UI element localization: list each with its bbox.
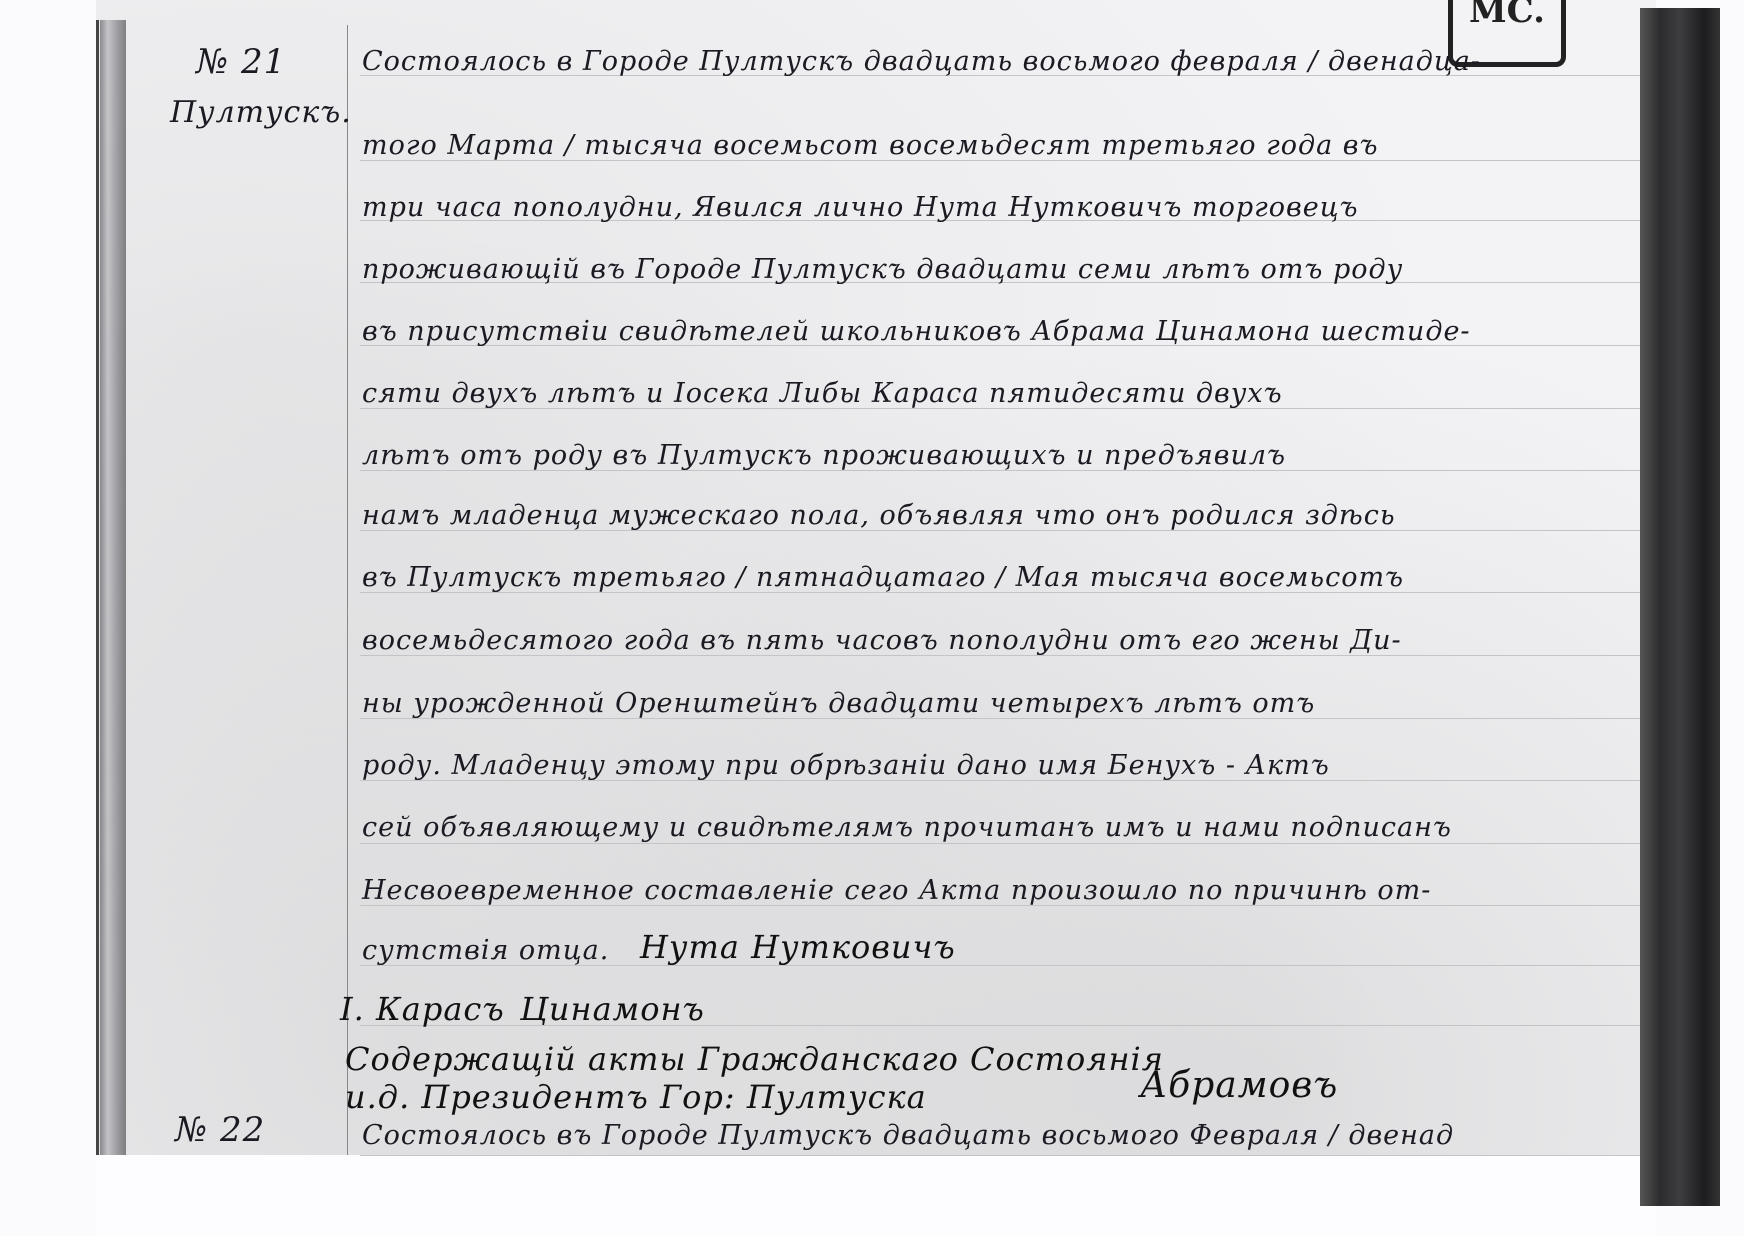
witness-signature-1: Цинамонъ [520, 990, 705, 1028]
ruled-line [360, 1155, 1640, 1156]
text-line-3: три часа пополудни, Явился лично Нута Ну… [362, 192, 1359, 223]
registrar-title-line-2: и.д. Президентъ Гор: Пултуска [345, 1078, 927, 1116]
next-record-first-line: Состоялось въ Городе Пултускъ двадцать в… [362, 1120, 1454, 1151]
text-line-14: Несвоевременное составленіе сего Акта пр… [362, 875, 1431, 906]
text-line-12: роду. Младенцу этому при обрѣзаніи дано … [362, 750, 1330, 781]
binding-edge [96, 20, 99, 1155]
text-line-9: въ Пултускъ третьяго / пятнадцатаго / Ма… [362, 562, 1404, 593]
text-line-7: лѣтъ отъ роду въ Пултускъ проживающихъ и… [362, 440, 1286, 471]
registrar-signature-flourish: Абрамовъ [1140, 1065, 1338, 1106]
ruled-line [360, 843, 1640, 844]
witness-signature-2: І. Карасъ [340, 990, 505, 1028]
text-line-6: сяти двухъ лѣтъ и Іосека Либы Караса пят… [362, 378, 1283, 409]
text-line-8: намъ младенца мужескаго пола, объявляя ч… [362, 500, 1396, 531]
registrar-title-line-1: Содержащій акты Гражданскаго Состоянія [345, 1040, 1164, 1078]
text-line-5: въ присутствіи свидѣтелей школьниковъ Аб… [362, 316, 1471, 347]
text-line-2: того Марта / тысяча восемьсот восемьдеся… [362, 130, 1378, 161]
text-line-10: восемьдесятого года въ пять часовъ попол… [362, 625, 1402, 656]
text-line-13: сей объявляющему и свидѣтелямъ прочитанъ… [362, 812, 1452, 843]
page-binding-strip [100, 20, 126, 1155]
margin-place-name: Пултускъ. [170, 95, 352, 130]
text-line-4: проживающій въ Городе Пултускъ двадцати … [362, 254, 1403, 285]
text-line-15: сутствія отца. [362, 935, 609, 966]
paper-background [96, 1155, 1656, 1236]
text-line-1: Состоялось в Городе Пултускъ двадцать во… [362, 46, 1481, 77]
text-line-11: ны урожденной Оренштейнъ двадцати четыре… [362, 688, 1315, 719]
scan-shadow-strip [1640, 8, 1720, 1206]
margin-rule-line [347, 25, 348, 1155]
next-record-number: № 22 [175, 1110, 265, 1150]
record-number: № 21 [196, 42, 286, 82]
declarant-signature: Нута Нутковичъ [640, 928, 956, 966]
